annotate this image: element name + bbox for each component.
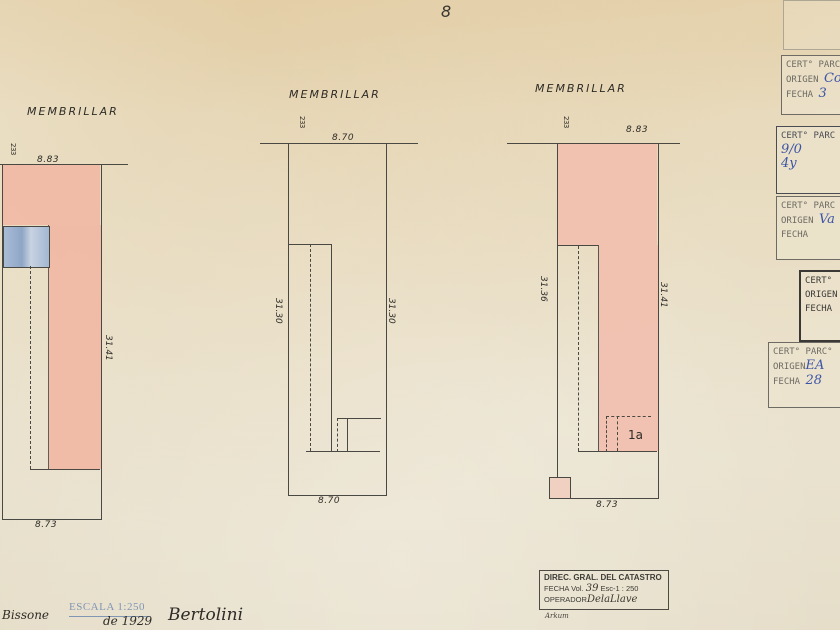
side-length-left: 31.41 bbox=[103, 335, 113, 361]
footer-escala: ESCALA 1:250 bbox=[69, 601, 145, 613]
stamp-5-line-1: CERT° PARC° bbox=[773, 345, 840, 359]
stamp-2-ink-1: 9/0 bbox=[781, 143, 840, 157]
street-label-left: MEMBRILLAR bbox=[27, 105, 119, 118]
dashed-line-right bbox=[578, 246, 579, 451]
stamp-2-ink-2: 4y bbox=[781, 157, 840, 171]
left-length-center: 31.30 bbox=[273, 298, 283, 324]
right-length-center: 31.30 bbox=[386, 298, 396, 324]
inner-wall-center bbox=[331, 244, 332, 451]
certificate-stamp-5: CERT° PARC° ORIGENEA FECHA 28 bbox=[768, 342, 840, 408]
street-number-center: 233 bbox=[298, 116, 306, 128]
stamp-1-line-1: CERT° PARC bbox=[786, 58, 840, 72]
built-area-strip-left bbox=[48, 225, 101, 469]
built-area-top-right bbox=[558, 144, 657, 245]
footer-date: de 1929 bbox=[103, 614, 152, 628]
dashed-line-left bbox=[30, 266, 31, 469]
stamp-1-line-3: FECHA 3 bbox=[786, 87, 840, 102]
stamp-top-faded bbox=[783, 0, 840, 50]
stamp-3-line-1: CERT° PARC bbox=[781, 199, 840, 213]
certificate-stamp-4: CERT° ORIGEN FECHA bbox=[799, 270, 840, 342]
page-number: 8 bbox=[441, 2, 451, 21]
stamp-3-line-2: ORIGEN Va bbox=[781, 213, 840, 228]
stamp-5-line-3: FECHA 28 bbox=[773, 374, 840, 389]
catastro-title: DIREC. GRAL. DEL CATASTRO bbox=[544, 572, 664, 583]
courtyard-marker-left bbox=[3, 226, 50, 268]
stamp-2-line-1: CERT° PARC bbox=[781, 129, 840, 143]
certificate-stamp-2: CERT° PARC 9/0 4y bbox=[776, 126, 840, 194]
corner-marker-right bbox=[549, 477, 571, 499]
stamp-4-line-2: ORIGEN bbox=[805, 288, 840, 302]
stamp-1-line-2: ORIGEN Co bbox=[786, 72, 840, 87]
unit-room-divider-right bbox=[617, 416, 618, 451]
stamp-5-line-2: ORIGENEA bbox=[773, 359, 840, 374]
front-width-center: 8.70 bbox=[332, 133, 354, 143]
left-length-right: 31.36 bbox=[538, 276, 548, 302]
street-number-left: 233 bbox=[9, 143, 17, 155]
catastro-stamp: DIREC. GRAL. DEL CATASTRO FECHA Vol. 39 … bbox=[539, 570, 669, 610]
small-room-wall-center bbox=[347, 418, 348, 451]
stamp-4-line-1: CERT° bbox=[805, 274, 840, 288]
back-width-right: 8.73 bbox=[596, 500, 618, 510]
street-label-right: MEMBRILLAR bbox=[535, 82, 627, 95]
small-room-center bbox=[337, 418, 381, 452]
unit-label-right: 1a bbox=[628, 428, 643, 442]
dashed-line-center bbox=[310, 244, 311, 451]
built-area-top-left bbox=[3, 165, 100, 225]
street-number-right: 233 bbox=[562, 116, 570, 128]
certificate-stamp-1: CERT° PARC ORIGEN Co FECHA 3 bbox=[781, 55, 840, 115]
right-length-right: 31.41 bbox=[658, 282, 668, 308]
inner-line-left bbox=[30, 469, 100, 470]
certificate-stamp-3: CERT° PARC ORIGEN Va FECHA bbox=[776, 196, 840, 260]
catastro-fecha-row: FECHA Vol. 39 Esc-1 : 250 bbox=[544, 583, 664, 594]
stamp-4-line-3: FECHA bbox=[805, 302, 840, 316]
stamp-3-line-3: FECHA bbox=[781, 228, 840, 242]
footer-left-name: Bissone bbox=[2, 608, 49, 622]
street-label-center: MEMBRILLAR bbox=[289, 88, 381, 101]
front-width-right: 8.83 bbox=[626, 125, 648, 135]
back-width-left: 8.73 bbox=[35, 520, 57, 530]
back-width-center: 8.70 bbox=[318, 496, 340, 506]
catastro-signature: Arkum bbox=[545, 612, 569, 620]
paper-background bbox=[0, 0, 840, 630]
footer-right-name: Bertolini bbox=[168, 605, 243, 625]
catastro-operador-row: OPERADORDelaLlave bbox=[544, 594, 664, 605]
